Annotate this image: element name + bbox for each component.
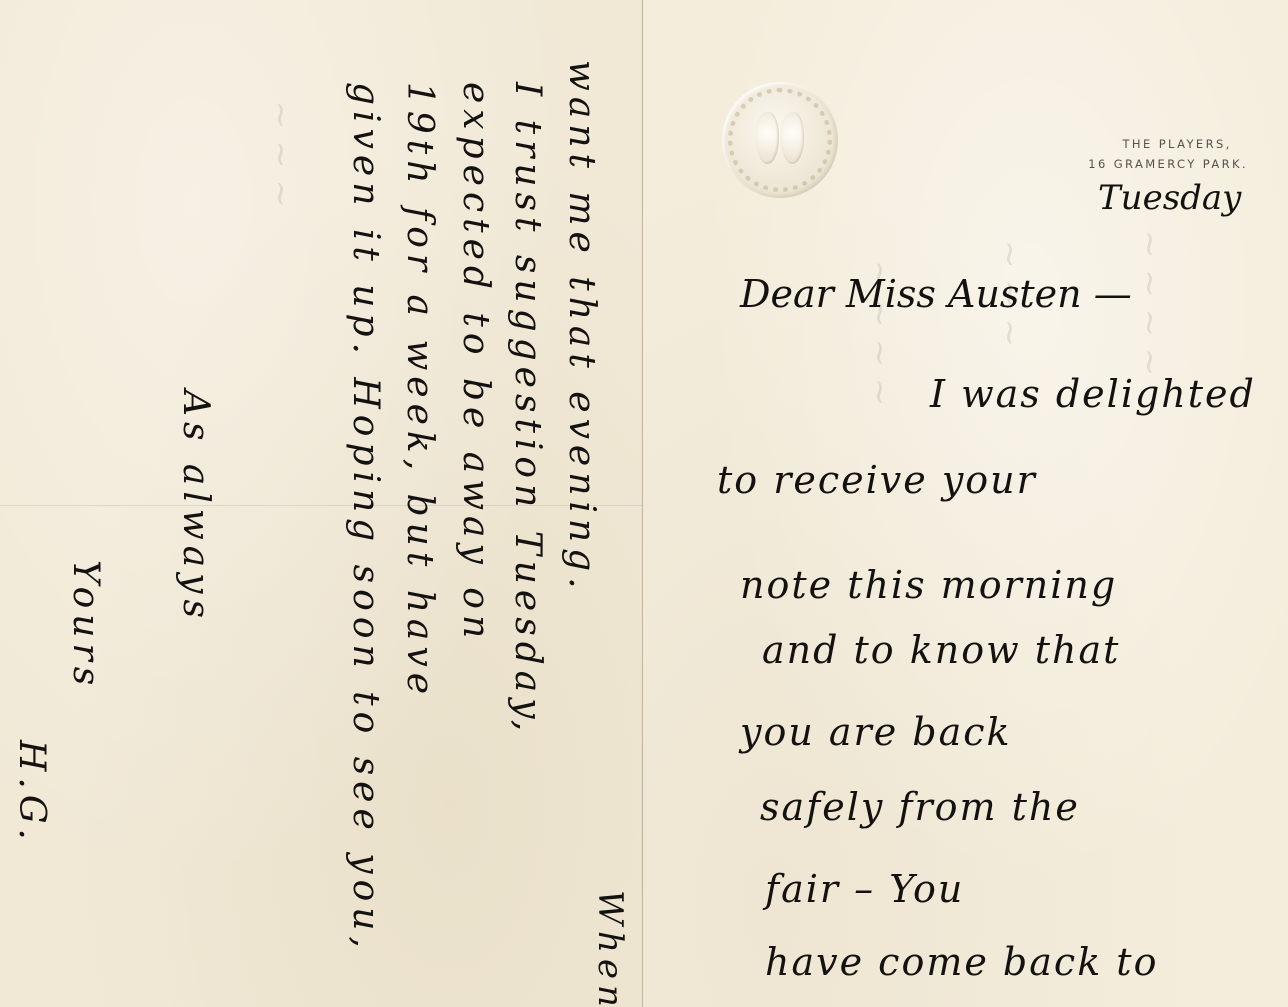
- left-page-line-1: want me that evening.: [561, 60, 602, 595]
- theatre-masks-icon: [756, 112, 804, 164]
- letter-line: and to know that: [762, 628, 1120, 672]
- left-page-line-5: given it up. Hoping soon to see you,: [345, 82, 386, 954]
- letter-line: safely from the: [760, 785, 1080, 829]
- closing-yours: Yours: [65, 560, 106, 691]
- left-page-line-2: I trust suggestion Tuesday,: [507, 82, 548, 737]
- left-page: ~ ~ ~ When want me that evening. I trust…: [0, 0, 643, 1007]
- left-page-line-4: 19th for a week, but have: [399, 82, 440, 700]
- letter-line: to receive your: [717, 458, 1037, 502]
- reverse-side-bleed-through: ~ ~ ~ ~: [1130, 230, 1170, 376]
- letter-spread: ~ ~ ~ When want me that evening. I trust…: [0, 0, 1288, 1007]
- left-page-line-3: expected to be away on: [455, 82, 496, 644]
- reverse-side-bleed-through: ~ ~ ~: [260, 101, 300, 208]
- closing-as-always: As always: [175, 390, 216, 624]
- letter-line: fair – You: [765, 867, 964, 911]
- letter-line: I was delighted: [930, 372, 1256, 416]
- letter-line: have come back to: [765, 940, 1158, 984]
- letter-salutation: Dear Miss Austen —: [740, 272, 1132, 316]
- letterhead-name: THE PLAYERS,: [1088, 134, 1248, 154]
- letterhead-address: 16 GRAMERCY PARK.: [1088, 154, 1248, 174]
- left-page-corner-word: When: [590, 890, 630, 1007]
- letter-line: note this morning: [740, 563, 1117, 607]
- letter-date: Tuesday: [1098, 178, 1241, 218]
- embossed-seal-icon: [722, 82, 838, 198]
- letterhead: THE PLAYERS, 16 GRAMERCY PARK.: [1088, 134, 1248, 174]
- letter-line: you are back: [740, 710, 1012, 754]
- signature-initials: H.G.: [11, 740, 52, 846]
